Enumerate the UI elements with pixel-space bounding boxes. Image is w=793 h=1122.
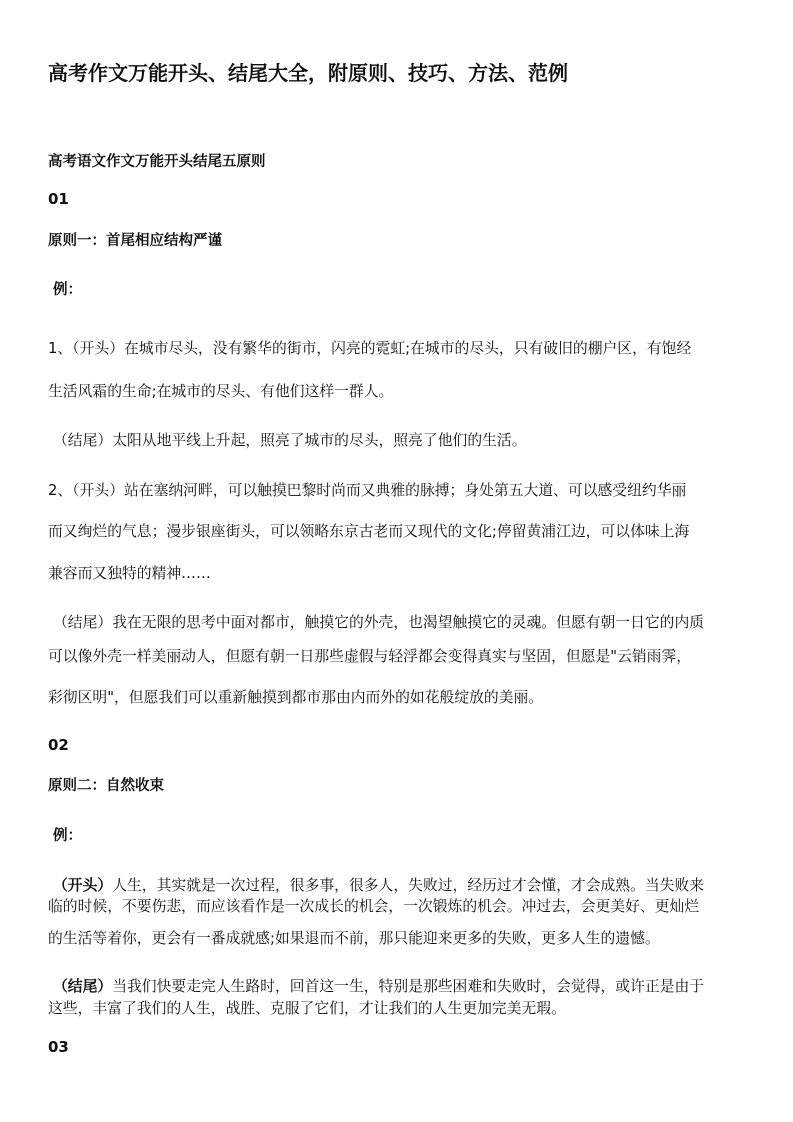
- paragraph-line: （结尾）我在无限的思考中面对都市，触摸它的外壳，也渴望触摸它的灵魂。但愿有朝一日…: [53, 611, 704, 632]
- paragraph-line: （结尾）太阳从地平线上升起，照亮了城市的尽头，照亮了他们的生活。: [53, 429, 527, 450]
- paragraph-line: （开头）人生，其实就是一次过程，很多事，很多人，失败过，经历过才会懂，才会成熟。…: [53, 874, 704, 895]
- closing-label: （结尾）: [53, 978, 112, 995]
- document-title: 高考作文万能开头、结尾大全，附原则、技巧、方法、范例: [48, 57, 568, 86]
- example-label: 例：: [53, 278, 82, 299]
- paragraph-line: 兼容而又独特的精神……: [48, 562, 211, 583]
- paragraph-line: 而又绚烂的气息；漫步银座街头，可以领略东京古老而又现代的文化;停留黄浦江边，可以…: [48, 520, 689, 541]
- paragraph-text: 当我们快要走完人生路时，回首这一生，特别是那些困难和失败时，会觉得，或许正是由于: [112, 978, 704, 995]
- document-page: 高考作文万能开头、结尾大全，附原则、技巧、方法、范例 高考语文作文万能开头结尾五…: [0, 0, 793, 1122]
- principle-number: 02: [48, 736, 69, 754]
- paragraph-line: 这些，丰富了我们的人生，战胜、克服了它们，才让我们的人生更加完美无瑕。: [48, 997, 566, 1018]
- paragraph-line: 生活风霜的生命;在城市的尽头、有他们这样一群人。: [48, 380, 393, 401]
- principle-number: 01: [48, 190, 69, 208]
- paragraph-line: 的生活等着你，更会有一番成就感;如果退而不前，那只能迎来更多的失败，更多人生的遗…: [48, 927, 660, 948]
- paragraph-line: （结尾）当我们快要走完人生路时，回首这一生，特别是那些困难和失败时，会觉得，或许…: [53, 975, 704, 996]
- paragraph-line: 1、（开头）在城市尽头，没有繁华的街市，闪亮的霓虹;在城市的尽头，只有破旧的棚户…: [48, 337, 691, 358]
- paragraph-line: 临的时候，不要伤悲，而应该看作是一次成长的机会，一次锻炼的机会。冲过去，会更美好…: [48, 895, 699, 916]
- paragraph-line: 彩彻区明"，但愿我们可以重新触摸到都市那由内而外的如花般绽放的美丽。: [48, 686, 543, 707]
- section-heading: 高考语文作文万能开头结尾五原则: [48, 150, 266, 171]
- principle-heading: 原则二：自然收束: [48, 774, 164, 795]
- principle-number: 03: [48, 1038, 69, 1056]
- example-label: 例：: [53, 824, 82, 845]
- paragraph-line: 可以像外壳一样美丽动人，但愿有朝一日那些虚假与轻浮都会变得真实与坚固，但愿是"云…: [48, 645, 691, 666]
- principle-heading: 原则一：首尾相应结构严谨: [48, 229, 222, 250]
- paragraph-text: 人生，其实就是一次过程，很多事，很多人，失败过，经历过才会懂，才会成熟。当失败来: [112, 877, 704, 894]
- opening-label: （开头）: [53, 877, 112, 894]
- paragraph-line: 2、（开头）站在塞纳河畔，可以触摸巴黎时尚而又典雅的脉搏；身处第五大道、可以感受…: [48, 479, 686, 500]
